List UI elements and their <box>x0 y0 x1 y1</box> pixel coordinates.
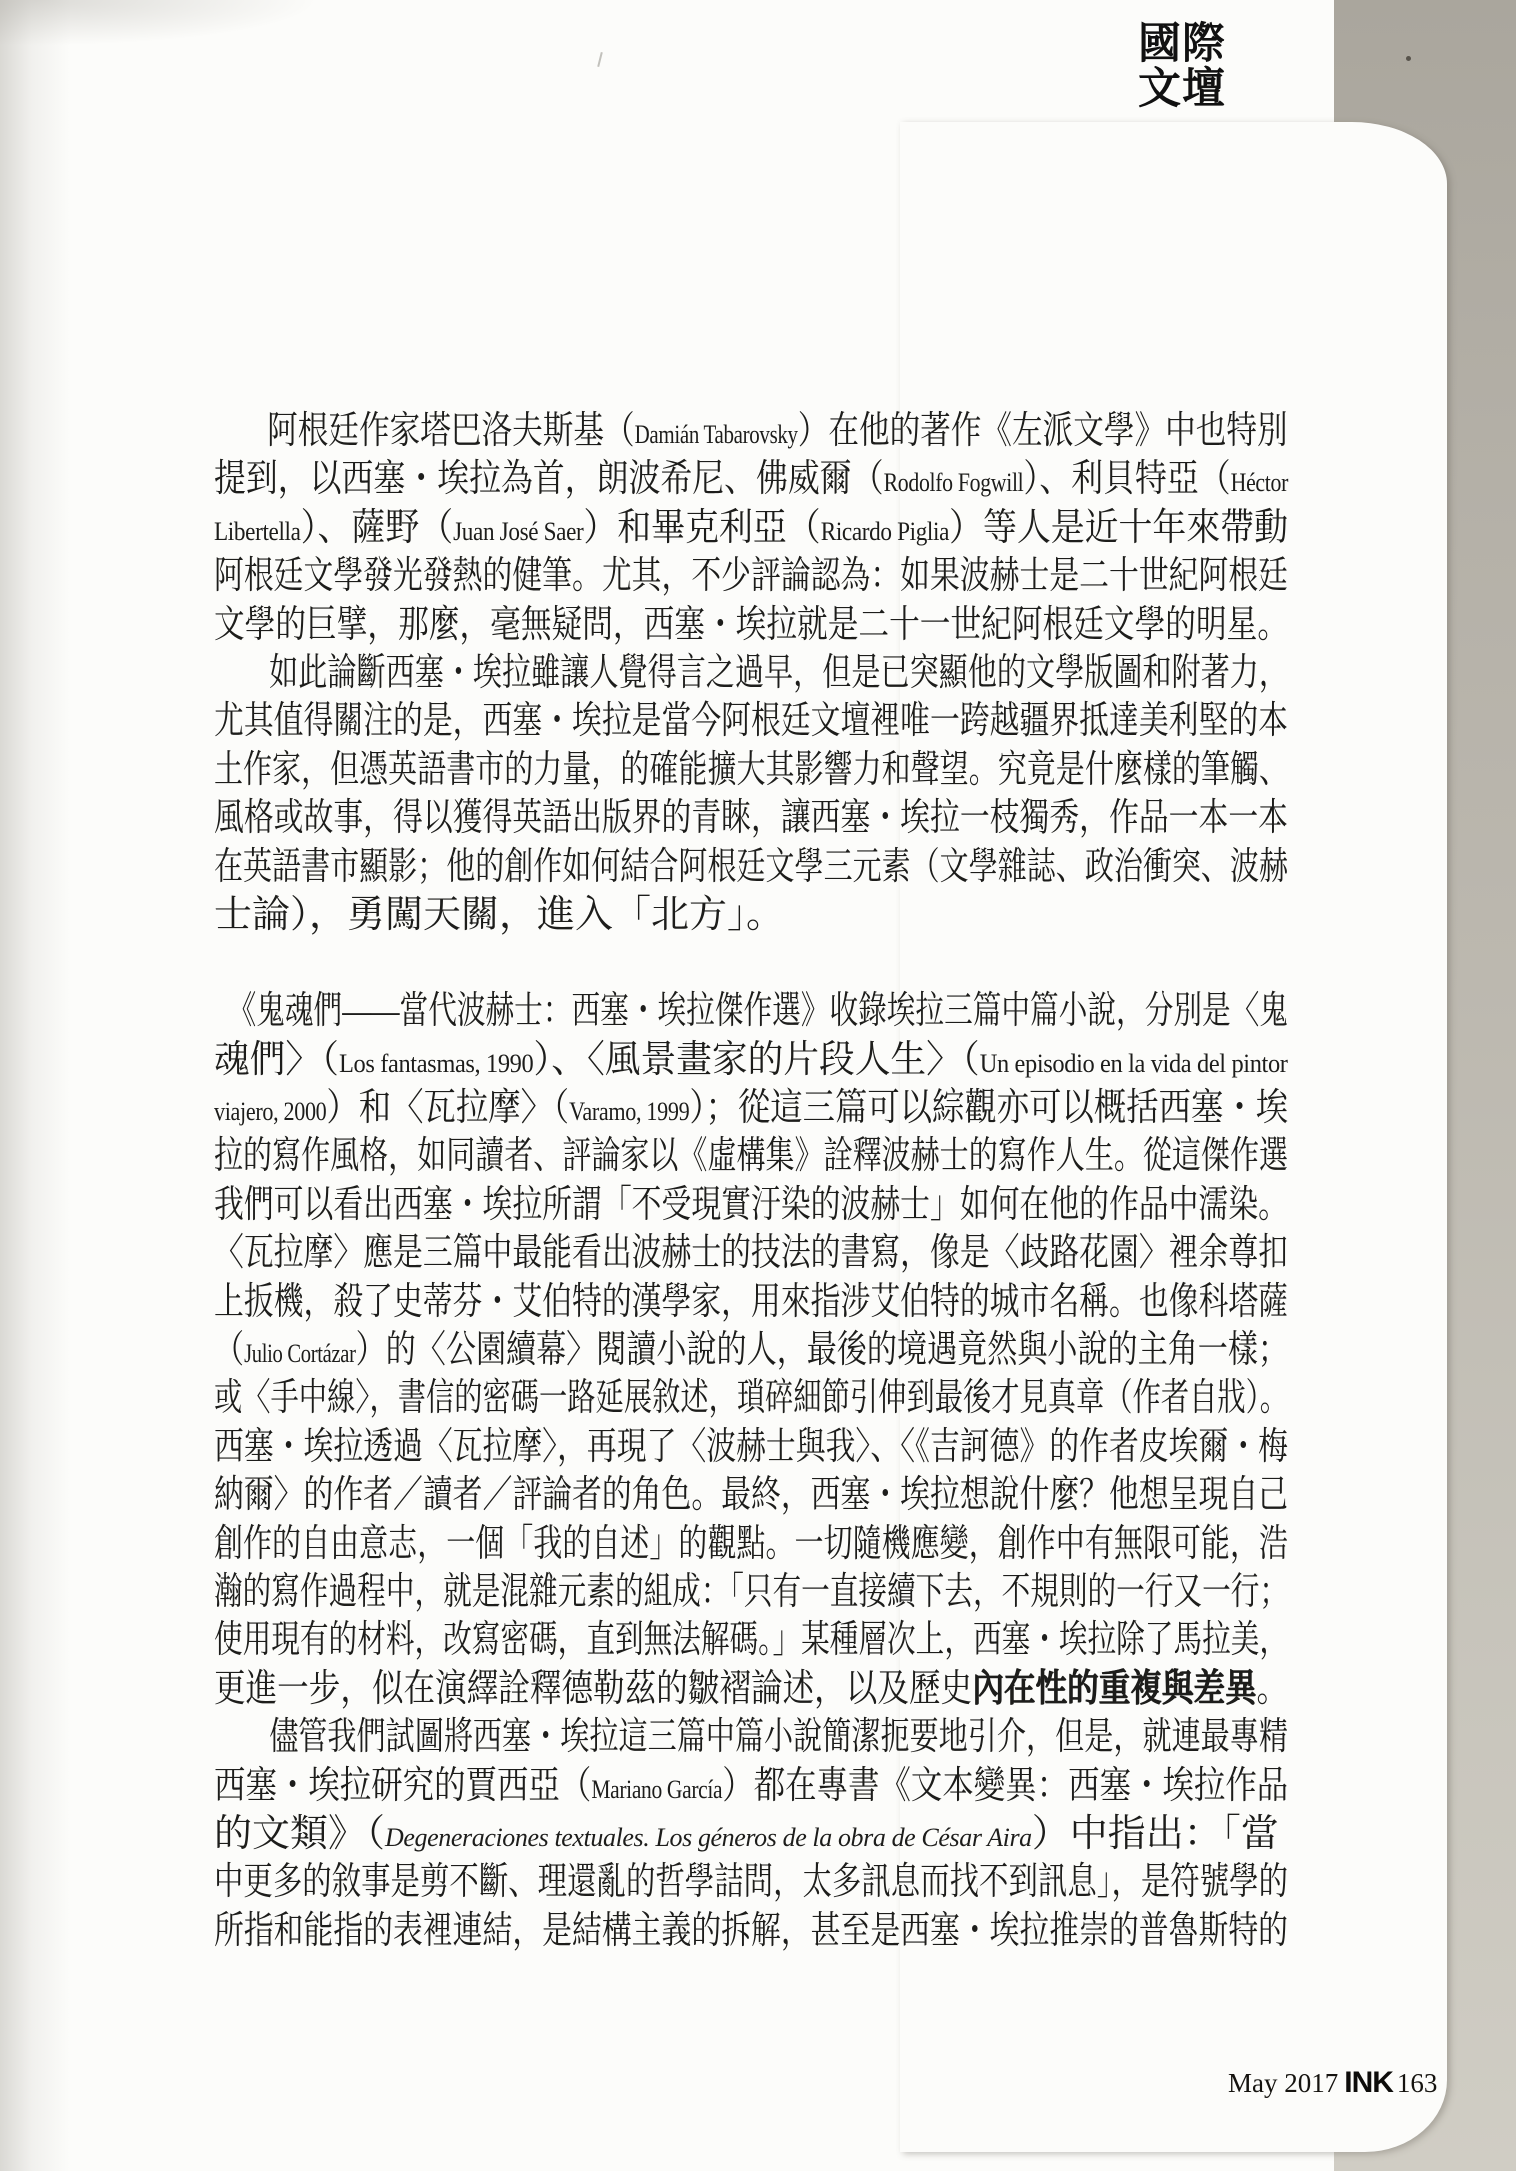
magazine-logo: INK <box>1338 2066 1397 2099</box>
text-line: 《鬼魂們——當代波赫士：西塞・埃拉傑作選》收錄埃拉三篇中篇小說，分別是〈鬼 <box>214 987 1024 1035</box>
text-line: viajero, 2000）和〈瓦拉摩〉（Varamo, 1999）；從這三篇可… <box>214 1084 1129 1132</box>
text-line: 〈瓦拉摩〉應是三篇中最能看出波赫士的技法的書寫，像是〈歧路花園〉裡余尊扣 <box>214 1229 1057 1277</box>
article-body: 阿根廷作家塔巴洛夫斯基（Damián Tabarovsky）在他的著作《左派文學… <box>214 407 1288 1955</box>
paragraph: 《鬼魂們——當代波赫士：西塞・埃拉傑作選》收錄埃拉三篇中篇小說，分別是〈鬼魂們〉… <box>214 987 1288 1229</box>
text-line: 阿根廷文學發光發熱的健筆。尤其，不少評論認為：如果波赫士是二十世紀阿根廷 <box>214 552 1057 600</box>
text-line: 儘管我們試圖將西塞・埃拉這三篇中篇小說簡潔扼要地引介，但是，就連最專精 <box>214 1713 1037 1761</box>
text-line: 納爾〉的作者／讀者／評論者的角色。最終，西塞・埃拉想說什麼？他想呈現自己 <box>214 1471 1057 1519</box>
text-line: 提到，以西塞・埃拉為首，朗波希尼、佛威爾（Rodolfo Fogwill）、利貝… <box>214 455 1115 503</box>
section-label-line1: 國際 <box>1138 22 1232 67</box>
text-line: 土作家，但憑英語書市的力量，的確能擴大其影響力和聲望。究竟是什麼樣的筆觸、 <box>214 746 1034 794</box>
section-label-line2: 文壇 <box>1138 67 1232 112</box>
paragraph: 阿根廷作家塔巴洛夫斯基（Damián Tabarovsky）在他的著作《左派文學… <box>214 407 1288 649</box>
text-line: 創作的自由意志，一個「我的自述」的觀點。一切隨機應變，創作中有無限可能，浩 <box>214 1520 1034 1568</box>
text-line: （Julio Cortázar）的〈公園續幕〉閱讀小說的人，最後的境遇竟然與小說… <box>214 1326 1064 1374</box>
text-line: 在英語書市顯影；他的創作如何結合阿根廷文學三元素（文學雜誌、政治衝突、波赫 <box>214 843 1034 891</box>
text-line: 文學的巨擘，那麼，毫無疑問，西塞・埃拉就是二十一世紀阿根廷文學的明星。 <box>214 601 1081 649</box>
paragraph: 如此論斷西塞・埃拉雖讓人覺得言之過早，但是已突顯他的文學版圖和附著力，尤其值得關… <box>214 649 1288 939</box>
text-line: 風格或故事，得以獲得英語出版界的青睞，讓西塞・埃拉一枝獨秀，作品一本一本 <box>214 794 1057 842</box>
text-line: 士論），勇闖天關，進入「北方」。 <box>214 891 1288 939</box>
text-line: 所指和能指的表裡連結，是結構主義的拆解，甚至是西塞・埃拉推崇的普魯斯特的 <box>214 1907 1057 1955</box>
section-label: 國際 文壇 <box>1138 22 1232 112</box>
text-line: 我們可以看出西塞・埃拉所謂「不受現實汙染的波赫士」如何在他的作品中濡染。 <box>214 1181 1057 1229</box>
text-line: 中更多的敘事是剪不斷、理還亂的哲學詰問，太多訊息而找不到訊息」，是符號學的 <box>214 1858 1046 1906</box>
text-line: 上扳機，殺了史蒂芬・艾伯特的漢學家，用來指涉艾伯特的城市名稱。也像科塔薩 <box>214 1278 1057 1326</box>
text-line: 阿根廷作家塔巴洛夫斯基（Damián Tabarovsky）在他的著作《左派文學… <box>214 407 1079 455</box>
text-line: Libertella）、薩野（Juan José Saer）和畢克利亞（Rica… <box>214 504 1172 552</box>
page-footer: May 2017INK163 <box>1228 2066 1437 2100</box>
paragraph: 儘管我們試圖將西塞・埃拉這三篇中篇小說簡潔扼要地引介，但是，就連最專精西塞・埃拉… <box>214 1713 1288 1955</box>
text-line: 使用現有的材料，改寫密碼，直到無法解碼。」某種層次上，西塞・埃拉除了馬拉美， <box>214 1616 1023 1664</box>
text-line: 的文類》（Degeneraciones textuales. Los géner… <box>214 1810 1288 1858</box>
text-line: 瀚的寫作過程中，就是混雜元素的組成：「只有一直接續下去，不規則的一行又一行； <box>214 1568 1023 1616</box>
text-line: 西塞・埃拉透過〈瓦拉摩〉，再現了〈波赫士與我〉、〈《吉訶德》的作者皮埃爾・梅 <box>214 1423 1057 1471</box>
footer-page-number: 163 <box>1397 2068 1438 2098</box>
text-line: 如此論斷西塞・埃拉雖讓人覺得言之過早，但是已突顯他的文學版圖和附著力， <box>214 649 1037 697</box>
text-line: 魂們〉（Los fantasmas, 1990）、〈風景畫家的片段人生〉（Un … <box>214 1036 1223 1084</box>
text-line: 更進一步，似在演繹詮釋德勒茲的皺褶論述，以及歷史內在性的重複與差異。 <box>214 1665 1107 1713</box>
text-line: 西塞・埃拉研究的賈西亞（Mariano García）都在專書《文本變異：西塞・… <box>214 1762 1103 1810</box>
paragraph: 〈瓦拉摩〉應是三篇中最能看出波赫士的技法的書寫，像是〈歧路花園〉裡余尊扣上扳機，… <box>214 1229 1288 1713</box>
text-line: 拉的寫作風格，如同讀者、評論家以《虛構集》詮釋波赫士的寫作人生。從這傑作選 <box>214 1132 1034 1180</box>
text-line: 尤其值得關注的是，西塞・埃拉是當今阿根廷文壇裡唯一跨越疆界抵達美利堅的本 <box>214 697 1057 745</box>
scan-speck-dot <box>1406 56 1411 61</box>
text-line: 或〈手中線〉，書信的密碼一路延展敘述，瑣碎細節引伸到最後才見真章（作者自戕）。 <box>214 1374 1013 1422</box>
footer-issue-date: May 2017 <box>1228 2068 1338 2098</box>
